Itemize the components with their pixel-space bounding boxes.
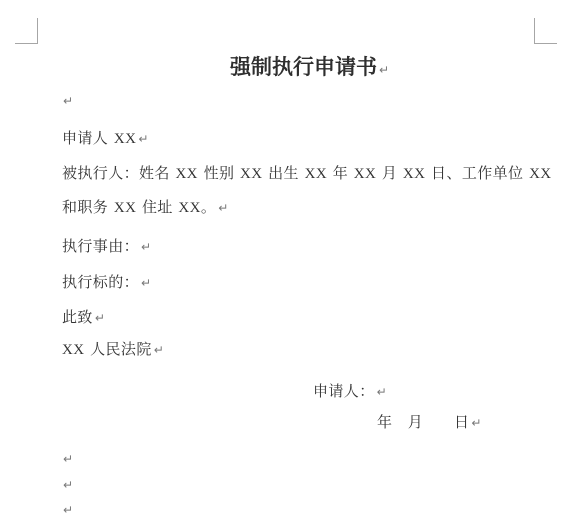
paragraph-mark: ↵ [379, 63, 389, 77]
line-closing: 此致↵ [62, 308, 105, 328]
text-boundary-mark-top-left [15, 18, 38, 44]
document-page[interactable]: 强制执行申请书↵ ↵ 申请人 XX↵ 被执行人：姓名 XX 性别 XX 出生 X… [0, 0, 564, 525]
line-signature-applicant: 申请人：↵ [313, 382, 387, 402]
paragraph-mark: ↵ [218, 201, 228, 215]
line-respondent: 被执行人：姓名 XX 性别 XX 出生 XX 年 XX 月 XX 日、工作单位 … [62, 164, 552, 184]
empty-paragraph: ↵ [63, 94, 73, 108]
paragraph-mark: ↵ [141, 276, 151, 290]
paragraph-mark: ↵ [138, 132, 148, 146]
line-court-name: XX 人民法院↵ [62, 340, 164, 360]
line-date-text: 年 月 日 [377, 415, 469, 431]
line-date: 年 月 日↵ [377, 413, 481, 433]
line-execution-cause-text: 执行事由： [62, 239, 139, 255]
line-applicant: 申请人 XX↵ [62, 129, 148, 149]
document-title: 强制执行申请书↵ [230, 53, 389, 84]
empty-paragraph: ↵ [63, 452, 73, 466]
line-signature-applicant-text: 申请人： [313, 384, 375, 400]
paragraph-mark: ↵ [63, 478, 73, 492]
line-execution-subject: 执行标的：↵ [62, 273, 151, 293]
empty-paragraph: ↵ [63, 478, 73, 492]
line-execution-cause: 执行事由：↵ [62, 237, 151, 257]
empty-paragraph: ↵ [63, 503, 73, 517]
document-title-text: 强制执行申请书 [230, 55, 377, 79]
line-applicant-text: 申请人 XX [62, 131, 136, 147]
paragraph-mark: ↵ [141, 240, 151, 254]
paragraph-mark: ↵ [63, 94, 73, 108]
paragraph-mark: ↵ [95, 311, 105, 325]
line-court-name-text: XX 人民法院 [62, 342, 152, 358]
line-respondent-text: 被执行人：姓名 XX 性别 XX 出生 XX 年 XX 月 XX 日、工作单位 … [62, 166, 552, 182]
line-respondent-continuation: 和职务 XX 住址 XX。↵ [62, 198, 228, 218]
text-boundary-mark-top-right [534, 18, 557, 44]
paragraph-mark: ↵ [471, 416, 481, 430]
paragraph-mark: ↵ [154, 343, 164, 357]
paragraph-mark: ↵ [63, 452, 73, 466]
line-execution-subject-text: 执行标的： [62, 275, 139, 291]
paragraph-mark: ↵ [377, 385, 387, 399]
paragraph-mark: ↵ [63, 503, 73, 517]
line-respondent-continuation-text: 和职务 XX 住址 XX。 [62, 200, 216, 216]
line-closing-text: 此致 [62, 310, 93, 326]
